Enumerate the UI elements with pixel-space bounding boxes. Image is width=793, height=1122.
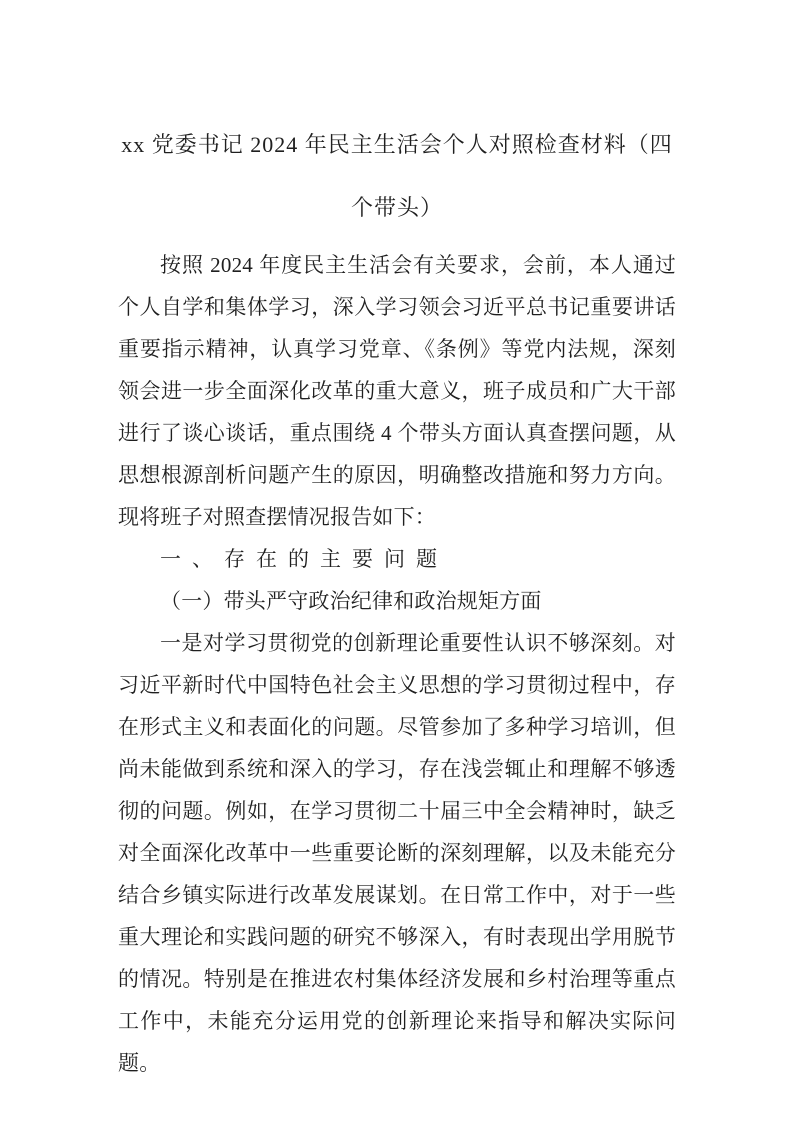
- paragraph-intro: 按照 2024 年度民主生活会有关要求，会前，本人通过个人自学和集体学习，深入学…: [118, 244, 676, 538]
- heading-section-one: （一）带头严守政治纪律和政治规矩方面: [118, 580, 676, 622]
- document-page: xx 党委书记 2024 年民主生活会个人对照检查材料（四个带头） 按照 202…: [0, 0, 793, 1122]
- document-title: xx 党委书记 2024 年民主生活会个人对照检查材料（四个带头）: [118, 113, 676, 239]
- heading-main-problems: 一、存在的主要问题: [118, 538, 676, 580]
- paragraph-problem-one: 一是对学习贯彻党的创新理论重要性认识不够深刻。对习近平新时代中国特色社会主义思想…: [118, 622, 676, 1084]
